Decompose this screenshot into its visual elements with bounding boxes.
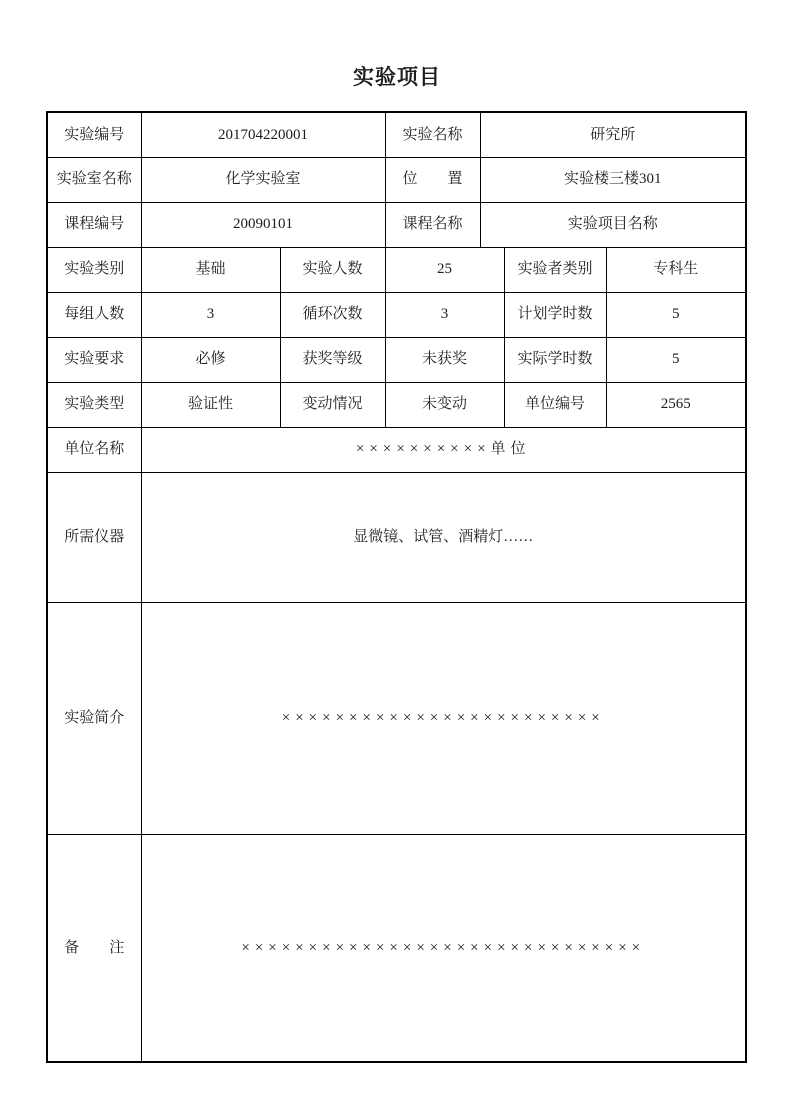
experiment-type-value: 验证性 [141, 382, 280, 427]
cycle-count-label: 循环次数 [280, 292, 385, 337]
experiment-intro-value: ×××××××××××××××××××××××× [141, 602, 746, 834]
course-id-value: 20090101 [141, 202, 385, 247]
document-page: 实验项目 实验编号 201704220001 实验名称 研究所 实验室名称 化学… [0, 0, 794, 1106]
experiment-id-value: 201704220001 [141, 112, 385, 157]
row-experiment-requirement: 实验要求 必修 获奖等级 未获奖 实际学时数 5 [47, 337, 746, 382]
change-status-label: 变动情况 [280, 382, 385, 427]
form-table: 实验编号 201704220001 实验名称 研究所 实验室名称 化学实验室 位… [46, 111, 747, 1063]
location-value: 实验楼三楼301 [480, 157, 746, 202]
course-id-label: 课程编号 [47, 202, 141, 247]
group-size-value: 3 [141, 292, 280, 337]
row-group-size: 每组人数 3 循环次数 3 计划学时数 5 [47, 292, 746, 337]
page-title: 实验项目 [0, 0, 794, 90]
award-level-label: 获奖等级 [280, 337, 385, 382]
row-course-id: 课程编号 20090101 课程名称 实验项目名称 [47, 202, 746, 247]
experiment-id-label: 实验编号 [47, 112, 141, 157]
row-required-equipment: 所需仪器 显微镜、试管、酒精灯…… [47, 472, 746, 602]
row-remarks: 备 注 ×××××××××××××××××××××××××××××× [47, 834, 746, 1062]
remarks-label: 备 注 [47, 834, 141, 1062]
lab-name-label: 实验室名称 [47, 157, 141, 202]
lab-name-value: 化学实验室 [141, 157, 385, 202]
experiment-name-value: 研究所 [480, 112, 746, 157]
planned-hours-value: 5 [606, 292, 746, 337]
row-lab-name: 实验室名称 化学实验室 位 置 实验楼三楼301 [47, 157, 746, 202]
planned-hours-label: 计划学时数 [504, 292, 606, 337]
unit-id-label: 单位编号 [504, 382, 606, 427]
unit-id-value: 2565 [606, 382, 746, 427]
location-label: 位 置 [385, 157, 480, 202]
experiment-headcount-value: 25 [385, 247, 504, 292]
required-equipment-label: 所需仪器 [47, 472, 141, 602]
cycle-count-value: 3 [385, 292, 504, 337]
remarks-value: ×××××××××××××××××××××××××××××× [141, 834, 746, 1062]
unit-name-label: 单位名称 [47, 427, 141, 472]
required-equipment-value: 显微镜、试管、酒精灯…… [141, 472, 746, 602]
experiment-headcount-label: 实验人数 [280, 247, 385, 292]
experiment-name-label: 实验名称 [385, 112, 480, 157]
award-level-value: 未获奖 [385, 337, 504, 382]
experiment-intro-label: 实验简介 [47, 602, 141, 834]
row-experiment-category: 实验类别 基础 实验人数 25 实验者类别 专科生 [47, 247, 746, 292]
change-status-value: 未变动 [385, 382, 504, 427]
experimenter-type-label: 实验者类别 [504, 247, 606, 292]
course-name-value: 实验项目名称 [480, 202, 746, 247]
experimenter-type-value: 专科生 [606, 247, 746, 292]
row-experiment-type: 实验类型 验证性 变动情况 未变动 单位编号 2565 [47, 382, 746, 427]
experiment-requirement-value: 必修 [141, 337, 280, 382]
group-size-label: 每组人数 [47, 292, 141, 337]
course-name-label: 课程名称 [385, 202, 480, 247]
actual-hours-label: 实际学时数 [504, 337, 606, 382]
row-experiment-id: 实验编号 201704220001 实验名称 研究所 [47, 112, 746, 157]
experiment-type-label: 实验类型 [47, 382, 141, 427]
row-experiment-intro: 实验简介 ×××××××××××××××××××××××× [47, 602, 746, 834]
experiment-requirement-label: 实验要求 [47, 337, 141, 382]
unit-name-value: ××××××××××单位 [141, 427, 746, 472]
experiment-category-label: 实验类别 [47, 247, 141, 292]
actual-hours-value: 5 [606, 337, 746, 382]
experiment-category-value: 基础 [141, 247, 280, 292]
row-unit-name: 单位名称 ××××××××××单位 [47, 427, 746, 472]
